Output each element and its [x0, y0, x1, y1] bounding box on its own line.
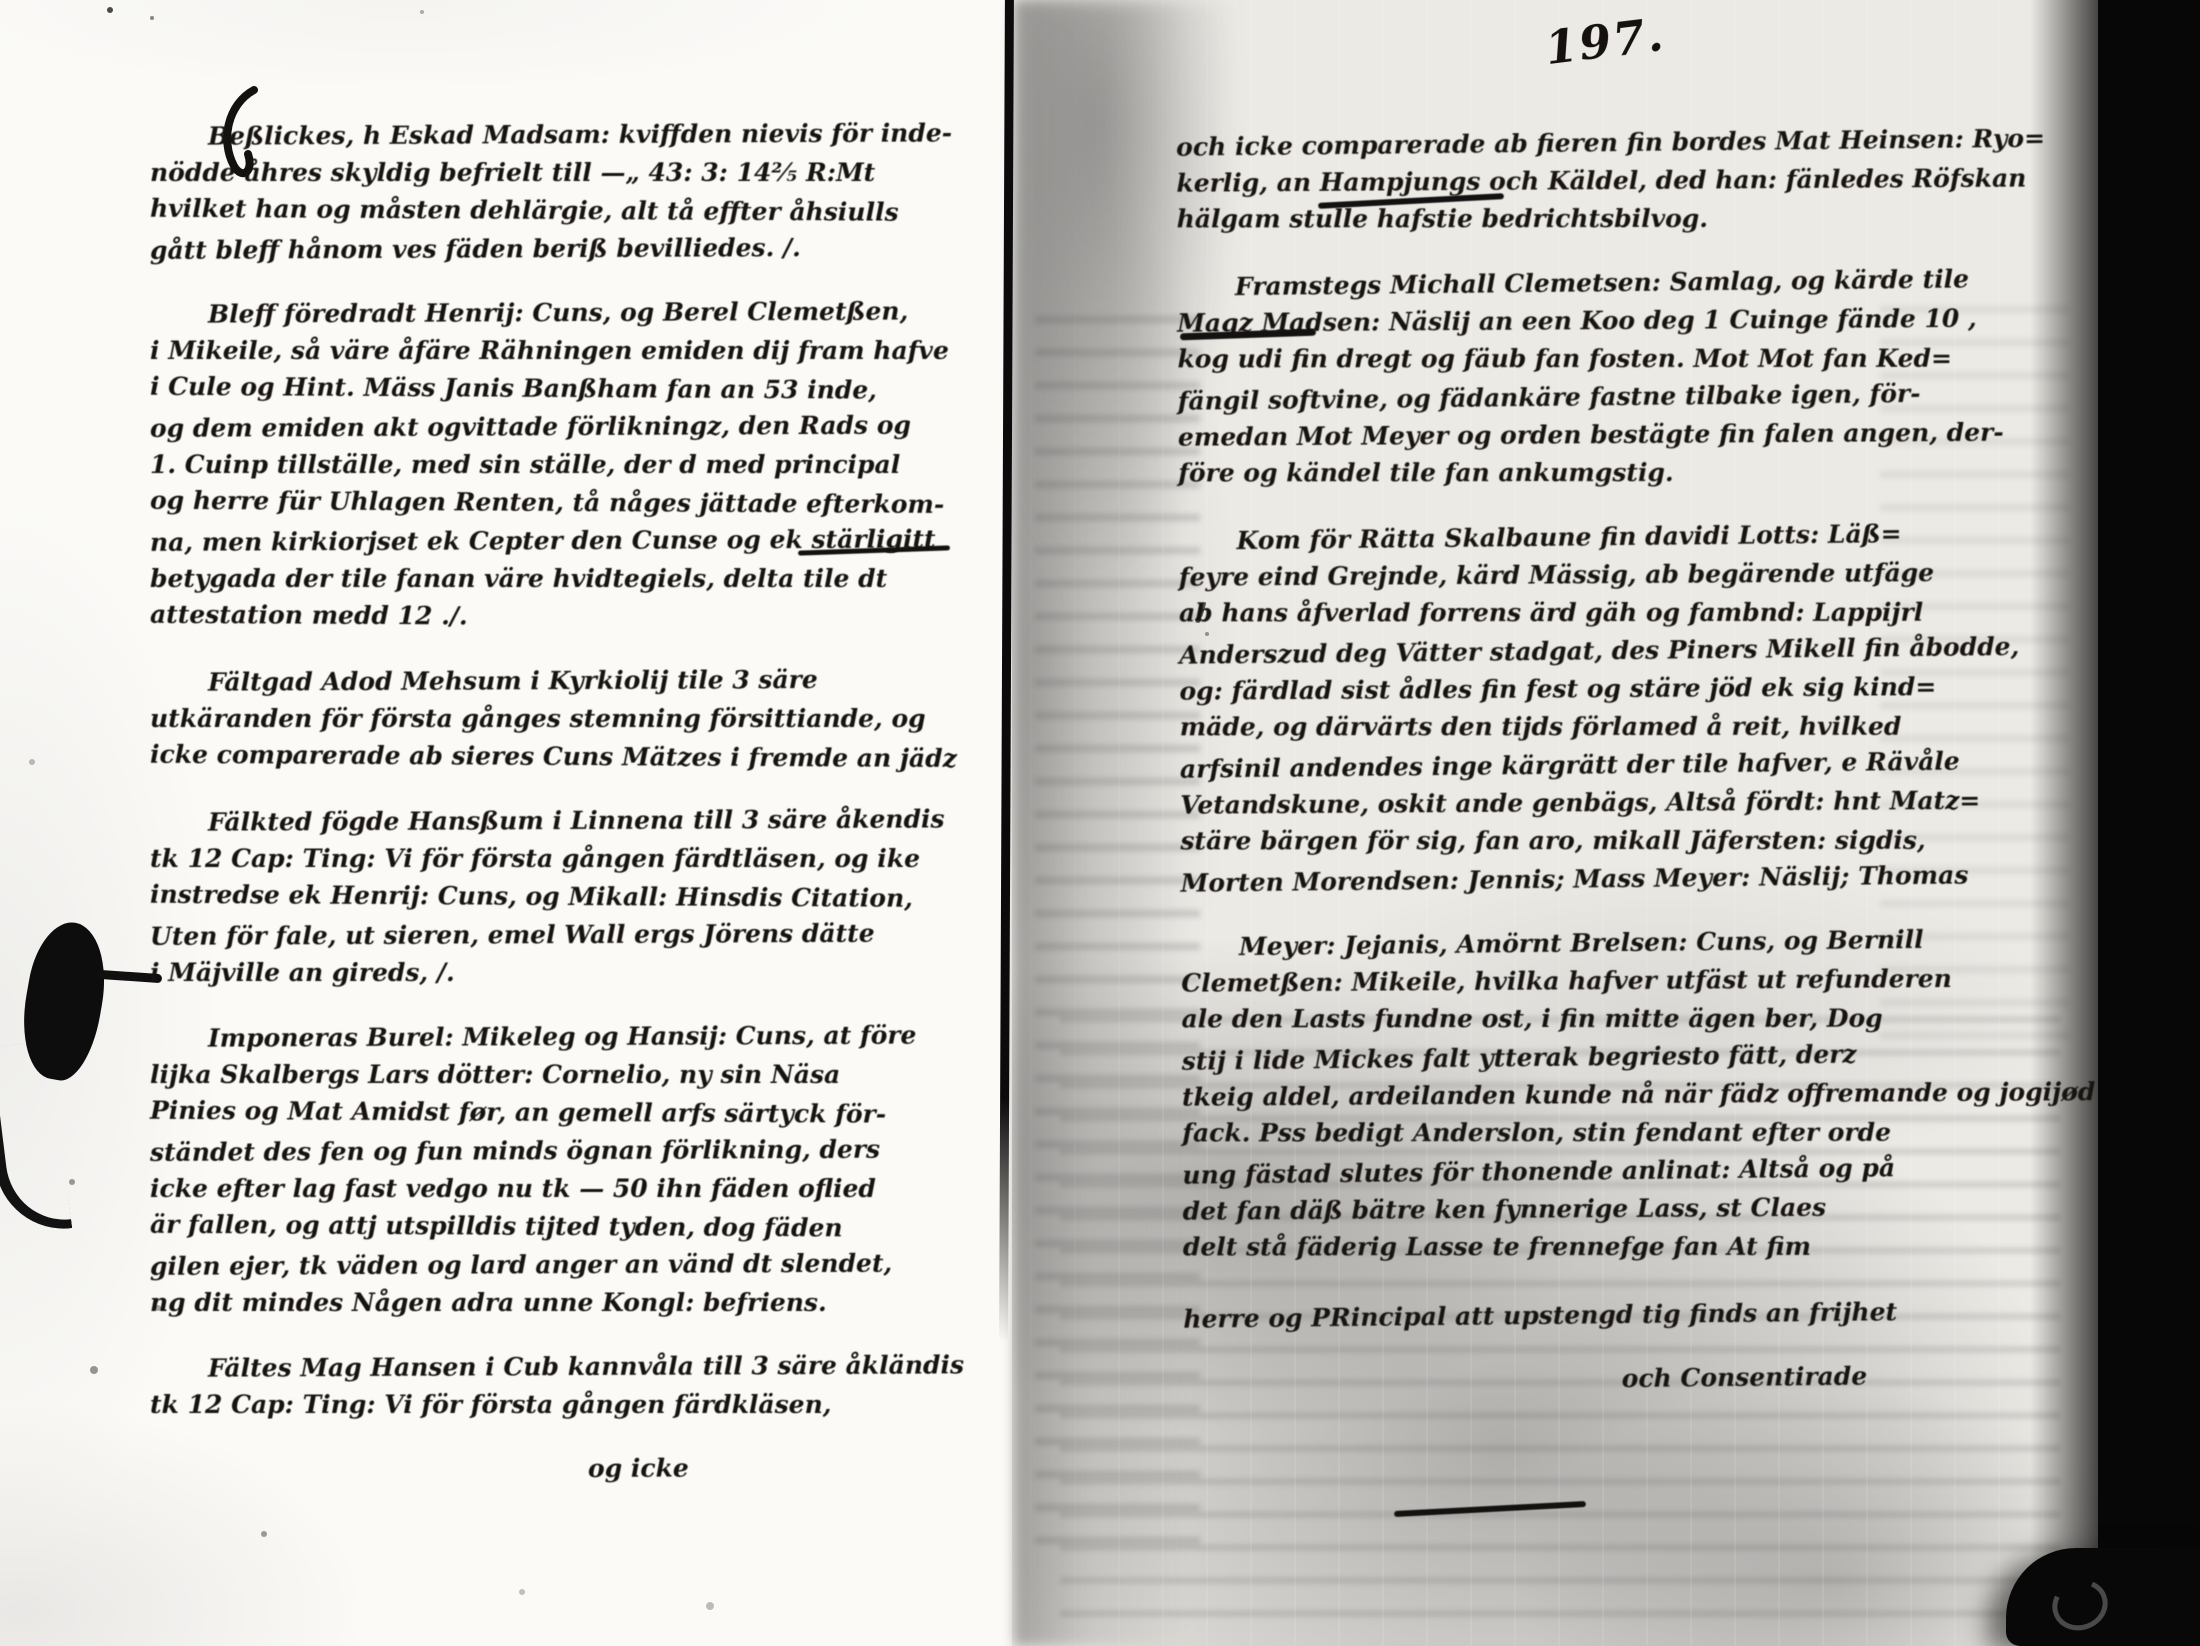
handwritten-line: tk 12 Cap: Ting: Vi för första gången fä… — [150, 1386, 1008, 1424]
handwritten-line: ab hans åfverlad forrens ärd gäh og famb… — [1179, 594, 2069, 633]
handwritten-line: Fältgad Adod Mehsum i Kyrkiolij tile 3 s… — [150, 660, 1008, 702]
handwritten-line: icke efter lag fast vedgo nu tk — 50 ihn… — [150, 1170, 1008, 1208]
handwritten-line: Fälkted fögde Hansßum i Linnena till 3 s… — [150, 800, 1008, 842]
right-entry-2: Framstegs Michall Clemetsen: Samlag, og … — [1177, 261, 2068, 494]
handwritten-line: i Mikeile, så väre åfäre Rähningen emide… — [150, 332, 1008, 370]
right-entry-5: herre og PRincipal att upstengd tig find… — [1183, 1293, 2073, 1336]
right-entry-1: och icke comparerade ab fieren fin borde… — [1176, 121, 2067, 240]
handwritten-line: na, men kirkiorjset ek Cepter den Cunse … — [150, 520, 1008, 562]
left-entry-5: Imponeras Burel: Mikeleg og Hansij: Cuns… — [150, 1018, 1008, 1322]
handwritten-line: i Cule og Hint. Mäss Janis Banßham fan a… — [150, 368, 1008, 410]
handwritten-line: Morten Morendsen: Jennis; Mass Meyer: Nä… — [1180, 855, 2070, 902]
handwritten-line: og herre für Uhlagen Renten, tå någes jä… — [150, 482, 1008, 524]
handwritten-line: attestation medd 12 ./. — [150, 596, 1008, 638]
handwritten-line: gilen ejer, tk väden og lard anger an vä… — [150, 1244, 1008, 1286]
handwritten-line: betygada der tile fanan väre hvidtegiels… — [150, 560, 1008, 598]
left-page-text: Beßlickes, h Eskad Madsam: kviffden niev… — [150, 116, 1008, 1514]
handwritten-line: ale den Lasts fundne ost, i fin mitte äg… — [1181, 1000, 2071, 1039]
right-page-text: och icke comparerade ab fieren fin borde… — [1176, 121, 2074, 1426]
handwritten-line: kerlig, an Hampjungs och Käldel, ded han… — [1176, 159, 2066, 202]
ink-specks — [0, 0, 4, 4]
handwritten-line: og: färdlad sist ådles fin fest og stäre… — [1179, 667, 2069, 710]
handwritten-line: före og kändel tile fan ankumgstig. — [1178, 454, 2068, 493]
handwritten-line: och Consentirade — [1184, 1355, 2074, 1402]
left-entry-1: Beßlickes, h Eskad Madsam: kviffden niev… — [150, 116, 1008, 268]
handwritten-line: herre og PRincipal att upstengd tig find… — [1183, 1291, 2073, 1338]
handwritten-line: det fan däß bätre ken fynnerige Lass, st… — [1183, 1187, 2073, 1230]
left-entry-2: Bleff föredradt Henrij: Cuns, og Berel C… — [150, 294, 1008, 636]
left-entry-4: Fälkted fögde Hansßum i Linnena till 3 s… — [150, 802, 1008, 992]
left-entry-6: Fältes Mag Hansen i Cub kannvåla till 3 … — [150, 1348, 1008, 1424]
handwritten-line: emedan Mot Meyer og orden bestägte fin f… — [1178, 413, 2068, 456]
handwritten-line: Imponeras Burel: Mikeleg og Hansij: Cuns… — [150, 1016, 1008, 1058]
handwritten-line: 1. Cuinp tillställe, med sin ställe, der… — [150, 446, 1008, 484]
scan-edge-black — [2098, 0, 2200, 1646]
handwritten-line: i Mäjville an gireds, /. — [150, 954, 1008, 992]
handwritten-line: Bleff föredradt Henrij: Cuns, og Berel C… — [150, 292, 1008, 334]
handwritten-line: är fallen, og attj utspilldis tijted tyd… — [150, 1206, 1008, 1248]
handwritten-line: nödde åhres skyldig befrielt till —„ 43:… — [150, 154, 1008, 192]
handwritten-line: utkäranden för första gånges stemning fö… — [150, 700, 1008, 738]
right-entry-3: Kom för Rätta Skalbaune fin davidi Lotts… — [1178, 515, 2070, 900]
handwritten-line: Beßlickes, h Eskad Madsam: kviffden niev… — [150, 114, 1008, 156]
handwritten-line: Uten för fale, ut sieren, emel Wall ergs… — [150, 914, 1008, 956]
handwritten-line: stäre bärgen för sig, fan aro, mikall Jä… — [1180, 822, 2070, 861]
handwritten-line: instredse ek Henrij: Cuns, og Mikall: Hi… — [150, 876, 1008, 918]
right-catchword: och Consentirade — [1184, 1357, 2074, 1400]
left-catchword: og icke — [150, 1450, 1008, 1488]
handwritten-line: og icke — [150, 1448, 1008, 1490]
handwritten-line: hvilket han og måsten dehlärgie, alt tå … — [150, 190, 1008, 232]
left-entry-3: Fältgad Adod Mehsum i Kyrkiolij tile 3 s… — [150, 662, 1008, 776]
handwritten-line: og dem emiden akt ogvittade förlikningz,… — [150, 406, 1008, 448]
handwritten-line: icke comparerade ab sieres Cuns Mätzes i… — [150, 736, 1008, 778]
handwritten-line: kog udi fin dregt og fäub fan fosten. Mo… — [1177, 340, 2067, 379]
handwritten-line: hälgam stulle hafstie bedrichtsbilvog. — [1177, 200, 2067, 239]
handwritten-line: Vetandskune, oskit ande genbägs, Altså f… — [1180, 781, 2070, 824]
handwritten-line: tk 12 Cap: Ting: Vi för första gången fä… — [150, 840, 1008, 878]
handwritten-line: lijka Skalbergs Lars dötter: Cornelio, n… — [150, 1056, 1008, 1094]
handwritten-line: tkeig aldel, ardeilanden kunde nå när fä… — [1182, 1073, 2072, 1116]
handwritten-line: ng dit mindes Någen adra unne Kongl: bef… — [150, 1284, 1008, 1322]
right-entry-4: Meyer: Jejanis, Amörnt Brelsen: Cuns, og… — [1181, 921, 2073, 1268]
handwritten-line: fack. Pss bedigt Anderslon, stin fendant… — [1182, 1114, 2072, 1153]
handwritten-line: Clemetßen: Mikeile, hvilka hafver utfäst… — [1181, 959, 2071, 1002]
manuscript-scan-surface: 197. Beßlickes, h Eskad Madsam: kviffden… — [0, 0, 2200, 1646]
handwritten-line: ständet des fen og fun minds ögnan förli… — [150, 1130, 1008, 1172]
handwritten-line: Pinies og Mat Amidst før, an gemell arfs… — [150, 1092, 1008, 1134]
handwritten-line: delt stå fäderig Lasse te frennefge fan … — [1183, 1228, 2073, 1267]
handwritten-line: Magz Madsen: Näslij an een Koo deg 1 Cui… — [1177, 299, 2067, 342]
handwritten-line: Fältes Mag Hansen i Cub kannvåla till 3 … — [150, 1346, 1008, 1388]
handwritten-line: mäde, og därvärts den tijds förlamed å r… — [1180, 708, 2070, 747]
handwritten-line: feyre eind Grejnde, kärd Mässig, ab begä… — [1179, 553, 2069, 596]
handwritten-line: gått bleff hånom ves fäden beriß bevilli… — [150, 228, 1008, 270]
